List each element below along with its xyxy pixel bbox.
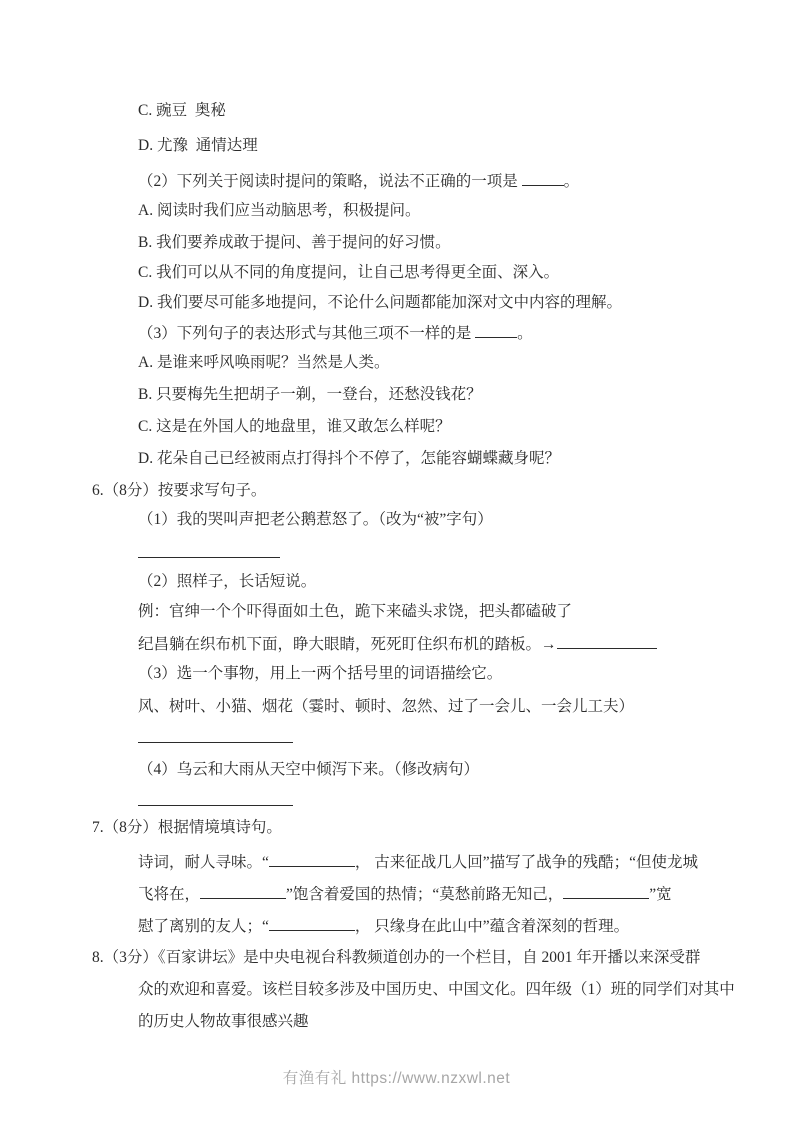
q6-part1-stem: （1）我的哭叫声把老公鹅惹怒了。（改为“被”字句） <box>138 509 493 530</box>
q5-part2-stem-text: （2）下列关于阅读时提问的策略，说法不正确的一项是 <box>138 173 522 190</box>
q7-line1-post: ， 古来征战几人回”描写了战争的残酷；“但使龙城 <box>355 854 698 871</box>
q5-part2-option-c: C. 我们可以从不同的角度提问，让自己思考得更全面、深入。 <box>138 262 559 283</box>
fill-blank <box>200 883 286 899</box>
q8-line3: 的历史人物故事很感兴趣 <box>138 1011 309 1032</box>
fill-blank <box>563 883 649 899</box>
q6-part2-rewrite-text: 纪昌躺在织布机下面，睁大眼睛，死死盯住织布机的踏板。→ <box>138 636 557 653</box>
q6-title: 6.（8分）按要求写句子。 <box>92 480 266 501</box>
answer-line <box>138 742 293 743</box>
q7-line1: 诗词，耐人寻味。“， 古来征战几人回”描写了战争的残酷；“但使龙城 <box>138 851 698 873</box>
q6-part2-rewrite: 纪昌躺在织布机下面，睁大眼睛，死死盯住织布机的踏板。→ <box>138 633 657 655</box>
q5-part2-stem: （2）下列关于阅读时提问的策略，说法不正确的一项是 。 <box>138 170 579 192</box>
q7-line2-post: ”宽 <box>649 886 671 903</box>
q5-part3-stem-tail: 。 <box>517 325 533 342</box>
fill-blank <box>269 851 355 867</box>
q5-part3-option-b: B. 只要梅先生把胡子一剃，一登台，还愁没钱花？ <box>138 384 482 405</box>
q5-part3-stem: （3）下列句子的表达形式与其他三项不一样的是 。 <box>138 322 533 344</box>
answer-line <box>138 805 293 806</box>
answer-line <box>138 557 280 558</box>
q5-part3-option-c: C. 这是在外国人的地盘里，谁又敢怎么样呢？ <box>138 416 451 437</box>
q5-part3-option-a: A. 是谁来呼风唤雨呢？当然是人类。 <box>138 352 389 373</box>
q5-part2-option-d: D. 我们要尽可能多地提问，不论什么问题都能加深对文中内容的理解。 <box>138 292 622 313</box>
q8-line2: 众的欢迎和喜爱。该栏目较多涉及中国历史、中国文化。四年级（1）班的同学们对其中 <box>138 979 735 1000</box>
q7-line2-mid: ”饱含着爱国的热情；“莫愁前路无知己， <box>286 886 563 903</box>
q6-part2-example: 例：官绅一个个吓得面如土色，跪下来磕头求饶，把头都磕破了 <box>138 601 572 622</box>
fill-blank <box>475 322 517 338</box>
q6-part3-words: 风、树叶、小猫、烟花（霎时、顿时、忽然、过了一会儿、一会儿工夫） <box>138 696 634 717</box>
q5-part3-option-d: D. 花朵自己已经被雨点打得抖个不停了，怎能容蝴蝶藏身呢？ <box>138 448 560 469</box>
q5-part2-option-b: B. 我们要养成敢于提问、善于提问的好习惯。 <box>138 232 451 253</box>
q6-part2-stem: （2）照样子，长话短说。 <box>138 571 316 592</box>
q5-part1-option-c: C. 豌豆 奥秘 <box>138 100 226 121</box>
fill-blank <box>522 170 564 186</box>
q7-line3: 慰了离别的友人；“， 只缘身在此山中”蕴含着深刻的哲理。 <box>138 915 629 937</box>
q7-line3-post: ， 只缘身在此山中”蕴含着深刻的哲理。 <box>355 918 629 935</box>
fill-blank <box>269 915 355 931</box>
q7-line2: 飞将在，”饱含着爱国的热情；“莫愁前路无知己，”宽 <box>138 883 672 905</box>
q6-part3-stem: （3）选一个事物，用上一两个括号里的词语描绘它。 <box>138 663 502 684</box>
fill-blank <box>557 633 657 649</box>
q5-part2-option-a: A. 阅读时我们应当动脑思考，积极提问。 <box>138 200 420 221</box>
q6-part4-stem: （4）乌云和大雨从天空中倾泻下来。（修改病句） <box>138 759 479 780</box>
q5-part3-stem-text: （3）下列句子的表达形式与其他三项不一样的是 <box>138 325 475 342</box>
q7-line3-pre: 慰了离别的友人；“ <box>138 918 269 935</box>
q8-line1: 8.（3分）《百家讲坛》是中央电视台科教频道创办的一个栏目，自 2001 年开播… <box>92 947 700 968</box>
exam-paper-page: C. 豌豆 奥秘 D. 尤豫 通情达理 （2）下列关于阅读时提问的策略，说法不正… <box>0 0 793 1122</box>
q7-title: 7.（8分）根据情境填诗句。 <box>92 817 282 838</box>
q5-part2-stem-tail: 。 <box>564 173 580 190</box>
q7-line1-pre: 诗词，耐人寻味。“ <box>138 854 269 871</box>
q5-part1-option-d: D. 尤豫 通情达理 <box>138 135 258 156</box>
footer-watermark: 有渔有礼 https://www.nzxwl.net <box>0 1066 793 1088</box>
q7-line2-pre: 飞将在， <box>138 886 200 903</box>
